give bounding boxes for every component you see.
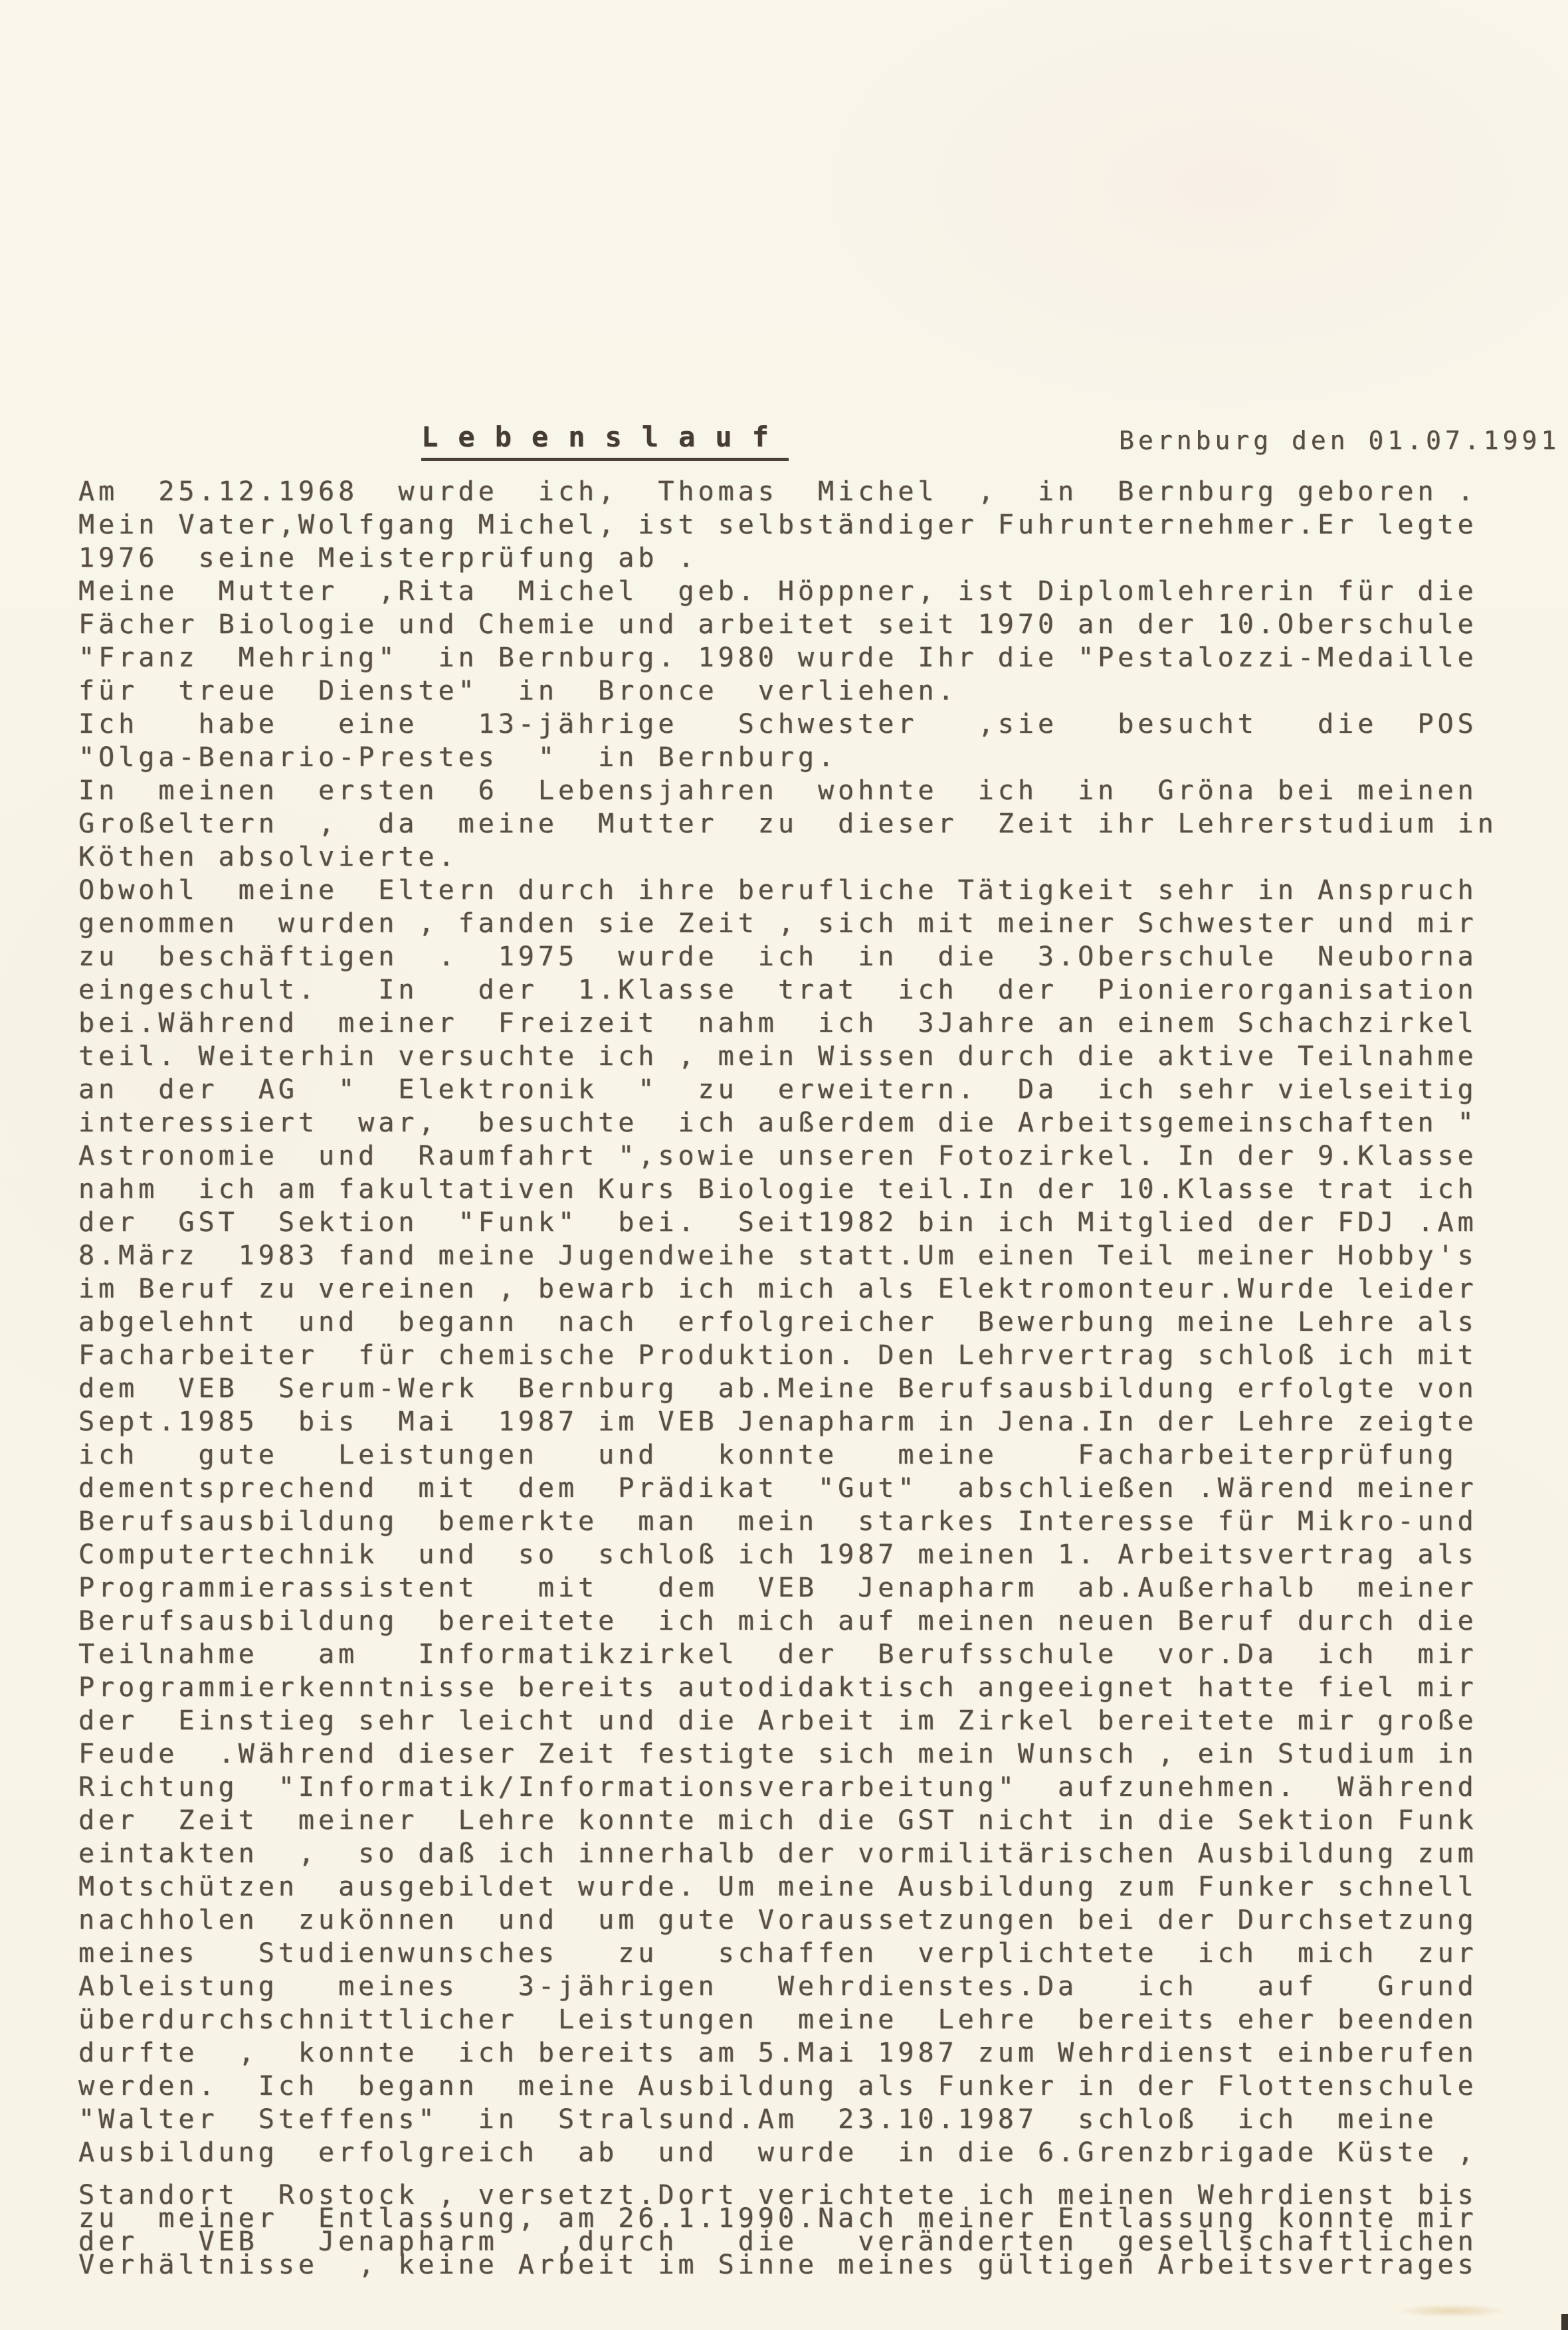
body-line: Großeltern , da meine Mutter zu dieser Z… xyxy=(78,807,1514,840)
body-line: genommen wurden , fanden sie Zeit , sich… xyxy=(78,907,1514,940)
body-line: 8.März 1983 fand meine Jugendweihe statt… xyxy=(78,1239,1514,1272)
body-line: teil. Weiterhin versuchte ich , mein Wis… xyxy=(78,1040,1514,1073)
document-footer: Standort Rostock , versetzt.Dort vericht… xyxy=(78,2184,1514,2277)
body-line: Am 25.12.1968 wurde ich, Thomas Michel ,… xyxy=(78,475,1514,508)
scan-smudge xyxy=(1395,2304,1508,2317)
body-line: "Walter Steffens" in Stralsund.Am 23.10.… xyxy=(78,2103,1514,2136)
body-line: 1976 seine Meisterprüfung ab . xyxy=(78,541,1514,575)
body-line: "Franz Mehring" in Bernburg. 1980 wurde … xyxy=(78,641,1514,674)
body-line: Ableistung meines 3-jährigen Wehrdienste… xyxy=(78,1970,1514,2003)
body-line: Mein Vater,Wolfgang Michel, ist selbstän… xyxy=(78,508,1514,541)
body-line: Richtung "Informatik/Informationsverarbe… xyxy=(78,1771,1514,1804)
body-line: Ausbildung erfolgreich ab und wurde in d… xyxy=(78,2136,1514,2169)
body-line: Obwohl meine Eltern durch ihre beruflich… xyxy=(78,874,1514,907)
body-line: Computertechnik und so schloß ich 1987 m… xyxy=(78,1538,1514,1571)
body-line: überdurchschnittlicher Leistungen meine … xyxy=(78,2003,1514,2036)
dateline: Bernburg den 01.07.1991 xyxy=(1119,426,1560,455)
body-line: "Olga-Benario-Prestes " in Bernburg. xyxy=(78,741,1514,774)
body-line: Teilnahme am Informatikzirkel der Berufs… xyxy=(78,1638,1514,1671)
body-line: eintakten , so daß ich innerhalb der vor… xyxy=(78,1837,1514,1870)
body-line: nahm ich am fakultativen Kurs Biologie t… xyxy=(78,1173,1514,1206)
body-line: Astronomie und Raumfahrt ",sowie unseren… xyxy=(78,1139,1514,1173)
document-body: Am 25.12.1968 wurde ich, Thomas Michel ,… xyxy=(78,475,1514,2169)
body-line: Facharbeiter für chemische Produktion. D… xyxy=(78,1339,1514,1372)
body-line: der Einstieg sehr leicht und die Arbeit … xyxy=(78,1704,1514,1737)
document-title: Lebenslauf xyxy=(421,421,789,461)
body-line: dementsprechend mit dem Prädikat "Gut" a… xyxy=(78,1472,1514,1505)
body-line: durfte , konnte ich bereits am 5.Mai 198… xyxy=(78,2036,1514,2070)
body-line: Fächer Biologie und Chemie und arbeitet … xyxy=(78,608,1514,641)
body-line: Berufsausbildung bemerkte man mein stark… xyxy=(78,1505,1514,1538)
body-line: In meinen ersten 6 Lebensjahren wohnte i… xyxy=(78,774,1514,807)
body-line: interessiert war, besuchte ich außerdem … xyxy=(78,1106,1514,1139)
body-line: Meine Mutter ,Rita Michel geb. Höppner, … xyxy=(78,575,1514,608)
footer-line: Verhältnisse , keine Arbeit im Sinne mei… xyxy=(78,2254,1514,2277)
body-line: Sept.1985 bis Mai 1987 im VEB Jenapharm … xyxy=(78,1405,1514,1438)
body-line: dem VEB Serum-Werk Bernburg ab.Meine Ber… xyxy=(78,1372,1514,1405)
body-line: Köthen absolvierte. xyxy=(78,840,1514,874)
body-line: an der AG " Elektronik " zu erweitern. D… xyxy=(78,1073,1514,1106)
body-line: im Beruf zu vereinen , bewarb ich mich a… xyxy=(78,1272,1514,1306)
body-line: der Zeit meiner Lehre konnte mich die GS… xyxy=(78,1804,1514,1837)
body-line: meines Studienwunsches zu schaffen verpl… xyxy=(78,1937,1514,1970)
body-line: abgelehnt und begann nach erfolgreicher … xyxy=(78,1306,1514,1339)
body-line: Programmierassistent mit dem VEB Jenapha… xyxy=(78,1571,1514,1604)
body-line: für treue Dienste" in Bronce verliehen. xyxy=(78,674,1514,708)
body-line: nachholen zukönnen und um gute Vorausset… xyxy=(78,1903,1514,1937)
body-line: Berufsausbildung bereitete ich mich auf … xyxy=(78,1604,1514,1638)
body-line: der GST Sektion "Funk" bei. Seit1982 bin… xyxy=(78,1206,1514,1239)
body-line: Programmierkenntnisse bereits autodidakt… xyxy=(78,1671,1514,1704)
body-line: eingeschult. In der 1.Klasse trat ich de… xyxy=(78,973,1514,1007)
scanned-document-page: { "document": { "title": "Lebenslauf", "… xyxy=(0,0,1568,2330)
body-line: bei.Während meiner Freizeit nahm ich 3Ja… xyxy=(78,1007,1514,1040)
body-line: Ich habe eine 13-jährige Schwester ,sie … xyxy=(78,708,1514,741)
body-line: Motschützen ausgebildet wurde. Um meine … xyxy=(78,1870,1514,1903)
body-line: werden. Ich begann meine Ausbildung als … xyxy=(78,2070,1514,2103)
body-line: ich gute Leistungen und konnte meine Fac… xyxy=(78,1438,1514,1472)
body-line: Feude .Während dieser Zeit festigte sich… xyxy=(78,1737,1514,1771)
scan-edge-mark xyxy=(1561,2314,1568,2330)
body-line: zu beschäftigen . 1975 wurde ich in die … xyxy=(78,940,1514,973)
